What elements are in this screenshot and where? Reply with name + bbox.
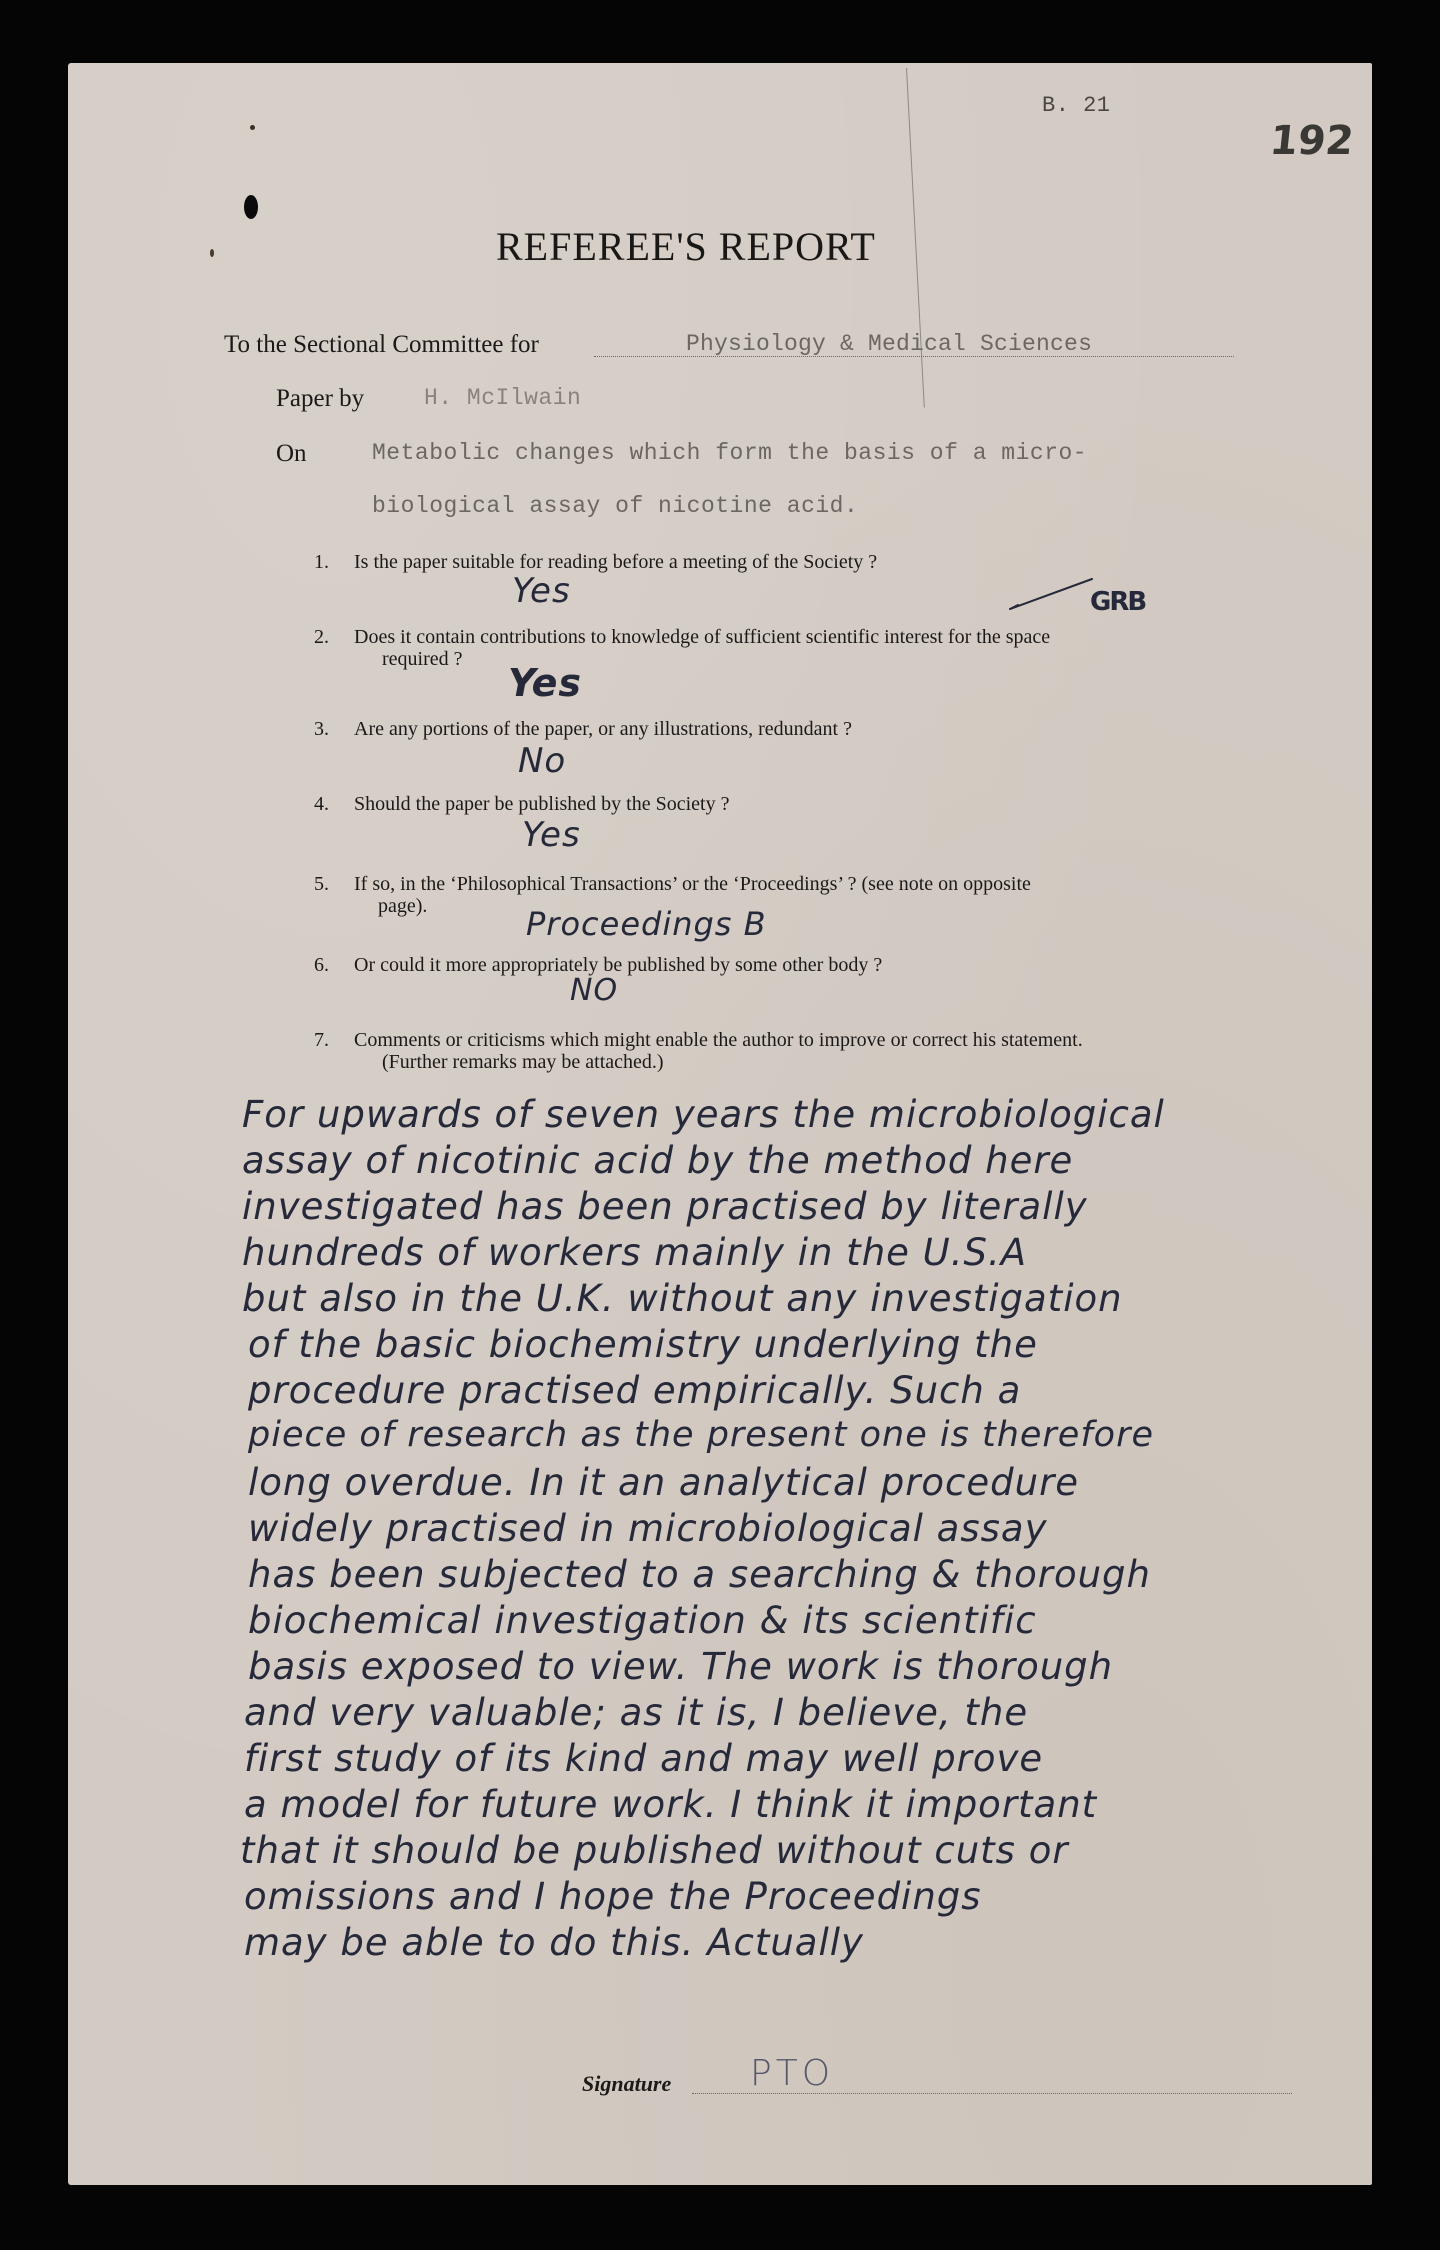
question-3-answer: No — [518, 741, 566, 781]
pin-mark — [210, 249, 214, 257]
question-7-number: 7. — [314, 1029, 329, 1052]
referee-initials: GRB — [1090, 587, 1145, 617]
on-value-line-2: biological assay of nicotine acid. — [372, 493, 858, 519]
comment-line: first study of its kind and may well pro… — [244, 1737, 1043, 1780]
question-4-text: Should the paper be published by the Soc… — [354, 793, 729, 816]
comment-line: long overdue. In it an analytical proced… — [248, 1461, 1079, 1504]
question-4-number: 4. — [314, 793, 329, 816]
question-2-number: 2. — [314, 626, 329, 649]
question-5-number: 5. — [314, 873, 329, 896]
question-7-text-line-2: (Further remarks may be attached.) — [382, 1051, 664, 1074]
question-7-text-line-1: Comments or criticisms which might enabl… — [354, 1029, 1083, 1052]
question-3-text: Are any portions of the paper, or any il… — [354, 718, 852, 741]
page-title: REFEREE'S REPORT — [496, 223, 876, 270]
checkmark-icon — [1008, 575, 1094, 615]
comment-line: investigated has been practised by liter… — [242, 1185, 1088, 1228]
paper-by-value: H. McIlwain — [424, 385, 581, 411]
comment-line: that it should be published without cuts… — [240, 1829, 1069, 1872]
on-value-line-1: Metabolic changes which form the basis o… — [372, 440, 1087, 466]
comment-line: widely practised in microbiological assa… — [248, 1507, 1047, 1550]
comment-line: biochemical investigation & its scientif… — [248, 1599, 1037, 1642]
comment-line: but also in the U.K. without any investi… — [242, 1277, 1123, 1320]
comment-line: omissions and I hope the Proceedings — [244, 1875, 982, 1918]
question-6-text: Or could it more appropriately be publis… — [354, 954, 882, 977]
punch-hole-mark — [244, 195, 258, 219]
signature-label: Signature — [582, 2071, 671, 2097]
question-1-text: Is the paper suitable for reading before… — [354, 551, 877, 574]
question-2-text-line-1: Does it contain contributions to knowled… — [354, 626, 1050, 649]
question-1-number: 1. — [314, 551, 329, 574]
comment-line: assay of nicotinic acid by the method he… — [242, 1139, 1073, 1182]
comment-line: and very valuable; as it is, I believe, … — [244, 1691, 1028, 1734]
comment-line: procedure practised empirically. Such a — [248, 1369, 1021, 1412]
paper-by-label: Paper by — [276, 385, 364, 413]
question-6-number: 6. — [314, 954, 329, 977]
page-number: 192 — [1268, 118, 1356, 164]
referee-report-page: B. 21 192 REFEREE'S REPORT To the Sectio… — [68, 63, 1372, 2185]
reference-code: B. 21 — [1042, 93, 1111, 118]
comment-line: piece of research as the present one is … — [248, 1415, 1154, 1455]
question-2-text-line-2: required ? — [382, 648, 463, 671]
signature-value: PTO — [750, 2053, 834, 2094]
comment-line: a model for future work. I think it impo… — [244, 1783, 1097, 1826]
question-5-text-line-1: If so, in the ‘Philosophical Transaction… — [354, 873, 1031, 896]
committee-label: To the Sectional Committee for — [224, 331, 539, 359]
comment-line: of the basic biochemistry underlying the — [248, 1323, 1038, 1366]
comment-line: has been subjected to a searching & thor… — [248, 1553, 1151, 1596]
comment-line: For upwards of seven years the microbiol… — [242, 1093, 1165, 1136]
pin-mark — [250, 125, 255, 130]
question-4-answer: Yes — [522, 815, 581, 855]
comment-line: basis exposed to view. The work is thoro… — [248, 1645, 1113, 1688]
committee-value: Physiology & Medical Sciences — [686, 331, 1092, 357]
comment-line: hundreds of workers mainly in the U.S.A — [242, 1231, 1027, 1274]
question-2-answer: Yes — [508, 661, 582, 705]
question-1-answer: Yes — [512, 571, 571, 611]
question-6-answer: NO — [570, 973, 618, 1008]
comment-line: may be able to do this. Actually — [244, 1921, 864, 1964]
question-5-answer: Proceedings B — [526, 905, 767, 943]
question-3-number: 3. — [314, 718, 329, 741]
on-label: On — [276, 440, 307, 468]
question-5-text-line-2: page). — [378, 895, 427, 918]
